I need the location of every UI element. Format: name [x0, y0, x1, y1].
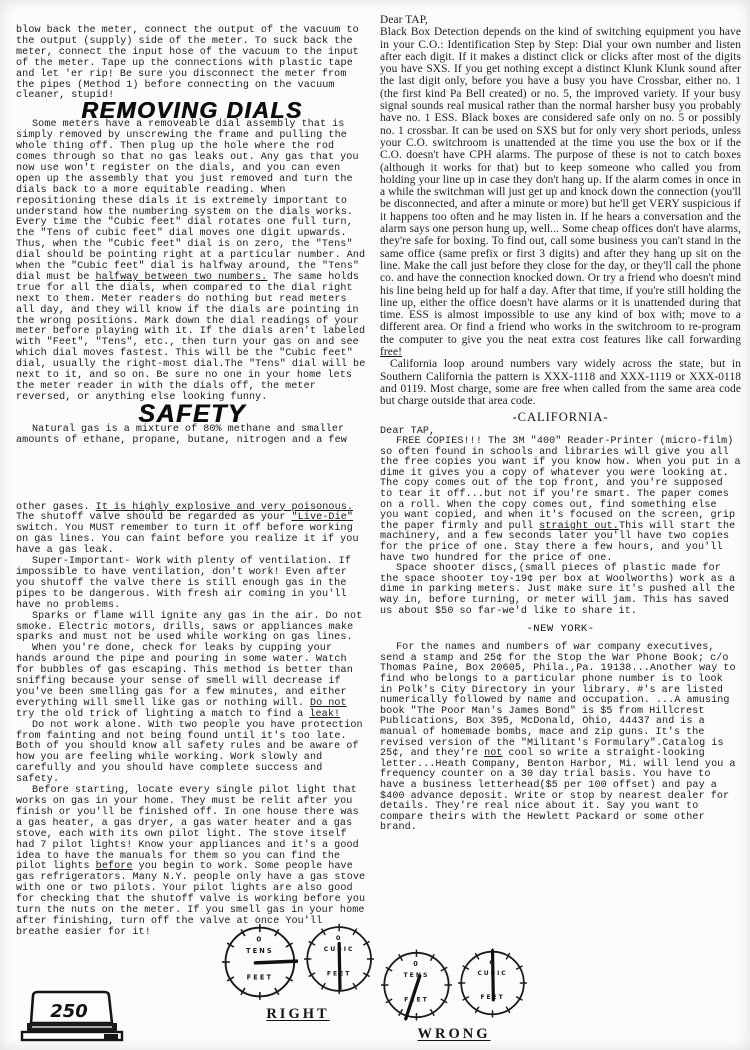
text-segment: For the names and numbers of war company… [380, 642, 736, 759]
cubic-dial-incorrect-icon: 0 CUBIC FEET [458, 946, 527, 1020]
letter-new-york: For the names and numbers of war company… [380, 643, 741, 834]
text-segment: try the old trick of lighting a match to… [16, 709, 309, 720]
safety-intro-paragraph: Natural gas is a mixture of 80% methane … [16, 425, 368, 447]
leak-check-paragraph: When you're done, check for leaks by cup… [16, 644, 368, 720]
text-segment: Black Box Detection depends on the kind … [380, 26, 741, 345]
text-segment: California loop around numbers vary wide… [380, 358, 741, 407]
text-segment: Natural gas is a mixture of 80% methane … [16, 424, 347, 446]
new-york-divider: -NEW YORK- [380, 623, 741, 635]
text-segment: When you're done, check for leaks by cup… [16, 643, 353, 709]
underlined-phrase: "Live-Die" [291, 512, 353, 523]
text-segment: Some meters have a removeable dial assem… [16, 119, 365, 283]
cubic-dial-correct-icon: 0 CUBIC FEET [304, 920, 374, 998]
underlined-phrase: leak! [309, 709, 340, 720]
text-segment: blow back the meter, connect the output … [16, 25, 359, 101]
text-segment: Sparks or flame will ignite any gas in t… [16, 611, 362, 644]
page-number: 250 [50, 1001, 88, 1022]
dial-zero-label: 0 [336, 934, 343, 942]
underlined-phrase: halfway between two numbers. [95, 272, 267, 283]
underlined-phrase: It is highly explosive and very poisonou… [96, 502, 353, 513]
tens-dial-correct-icon: 0 TENS FEET [222, 920, 298, 1004]
dial-feet-label: FEET [247, 974, 273, 982]
right-figure-label: RIGHT [266, 1006, 329, 1023]
intro-paragraph: blow back the meter, connect the output … [16, 26, 368, 102]
scanned-document-page: blow back the meter, connect the output … [0, 0, 750, 1050]
safety-continued-paragraph: other gases. It is highly explosive and … [16, 503, 368, 558]
underlined-phrase: not [484, 748, 502, 759]
safety-heading: SAFETY [16, 409, 368, 420]
dial-pointer [255, 961, 296, 963]
text-segment: FREE COPIES!!! The 3M "400" Reader-Print… [380, 436, 741, 532]
work-alone-paragraph: Do not work alone. With two people you h… [16, 721, 368, 786]
letter-free-copies: Dear TAP, FREE COPIES!!! The 3M "400" Re… [380, 427, 741, 618]
right-column: Dear TAP, Black Box Detection depends on… [380, 14, 741, 834]
sparks-paragraph: Sparks or flame will ignite any gas in t… [16, 612, 368, 645]
incorrect-dials-figure: 0 TENS FEET 0 CUBIC FEET WRONG [381, 946, 527, 1043]
removing-dials-heading: REMOVING DIALS [16, 105, 368, 116]
space-shooter-paragraph: Space shooter discs,(small pieces of pla… [380, 564, 741, 617]
tens-dial-incorrect-icon: 0 TENS FEET [381, 947, 452, 1023]
text-segment: switch. You MUST remember to turn it off… [16, 523, 359, 556]
text-segment: Before starting, locate every single pil… [16, 785, 359, 872]
text-segment: Super-Important- Work with plenty of ven… [16, 556, 351, 611]
text-segment: cool so write a straight-looking letter.… [380, 748, 736, 833]
underlined-phrase: before [96, 861, 133, 872]
letter-body-paragraph: FREE COPIES!!! The 3M "400" Reader-Print… [380, 437, 741, 564]
letter-body-paragraph: For the names and numbers of war company… [380, 643, 741, 834]
page-number-figure: 250 [16, 988, 130, 1050]
letter-salutation: Dear TAP, [380, 14, 741, 26]
dial-feet-label: FEET [404, 996, 429, 1003]
underlined-phrase: free! [380, 346, 402, 358]
text-segment: The same holds true for all the dials, w… [16, 272, 365, 403]
typewriter-icon: 250 [16, 988, 130, 1046]
dial-pair: 0 TENS FEET 0 CUBIC FEET [222, 920, 374, 1004]
dial-zero-label: 0 [256, 935, 263, 944]
california-divider: -CALIFORNIA- [380, 410, 741, 425]
letter-body-paragraph: Black Box Detection depends on the kind … [380, 26, 741, 358]
dial-pair: 0 TENS FEET 0 CUBIC FEET [381, 946, 527, 1024]
dial-pointer [339, 943, 340, 988]
text-segment: other gases. [16, 502, 96, 513]
pilot-lights-paragraph: Before starting, locate every single pil… [16, 786, 368, 939]
text-segment: Space shooter discs,(small pieces of pla… [380, 563, 735, 616]
dial-tens-label: TENS [403, 972, 429, 979]
california-loop-paragraph: California loop around numbers vary wide… [380, 358, 741, 407]
wrong-figure-label: WRONG [418, 1026, 491, 1043]
underlined-phrase: Do not [310, 698, 347, 709]
left-column: blow back the meter, connect the output … [16, 26, 368, 939]
text-segment: Do not work alone. With two people you h… [16, 720, 363, 786]
ventilation-paragraph: Super-Important- Work with plenty of ven… [16, 557, 368, 612]
letter-black-box: Dear TAP, Black Box Detection depends on… [380, 14, 741, 408]
dial-pointer [492, 951, 493, 1000]
removing-dials-paragraph: Some meters have a removeable dial assem… [16, 120, 368, 404]
correct-dials-figure: 0 TENS FEET 0 CUBIC FEET RIGHT [222, 920, 374, 1023]
text-segment: The shutoff valve should be regarded as … [16, 512, 291, 523]
dial-zero-label: 0 [413, 960, 420, 968]
dial-tens-label: TENS [246, 947, 274, 955]
